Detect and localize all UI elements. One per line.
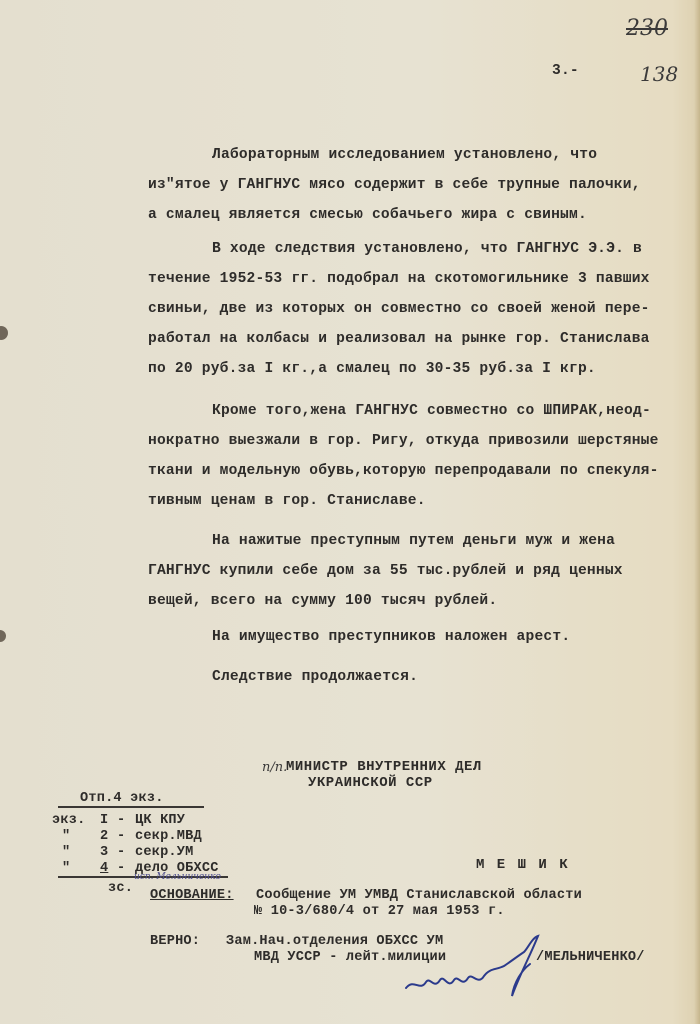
minister-name: М Е Ш И К: [476, 856, 570, 874]
paragraph-4-line: На нажитые преступным путем деньги муж и…: [212, 532, 615, 550]
archive-number-top: 230: [626, 16, 668, 41]
punch-hole: [0, 326, 8, 340]
paragraph-4-line: вещей, всего на сумму 100 тысяч рублей.: [148, 592, 497, 610]
paragraph-2-line: работал на колбасы и реализовал на рынке…: [148, 330, 650, 348]
typist-mark: зс.: [108, 880, 133, 898]
paragraph-2-line: по 20 руб.за I кг.,а смалец по 30-35 руб…: [148, 360, 596, 378]
page-number: 3.-: [552, 62, 579, 80]
paragraph-3-line: нократно выезжали в гор. Ригу, откуда пр…: [148, 432, 659, 450]
paragraph-1-line: а смалец является смесью собачьего жира …: [148, 206, 587, 224]
paragraph-1-line: Лабораторным исследованием установлено, …: [212, 146, 597, 164]
document-page: 230 138 3.- Лабораторным исследованием у…: [0, 0, 700, 1024]
handwritten-signature: [400, 930, 550, 1000]
certified-label: ВЕРНО:: [150, 933, 200, 951]
archive-number-second: 138: [640, 62, 678, 86]
paper-edge: [694, 0, 700, 1024]
paragraph-2-line: течение 1952-53 гг. подобрал на скотомог…: [148, 270, 650, 288]
basis-label: ОСНОВАНИЕ:: [150, 887, 234, 905]
paragraph-2-line: свиньи, две из которых он совместно со с…: [148, 300, 650, 318]
certified-name: /МЕЛЬНИЧЕНКО/: [536, 949, 645, 967]
paragraph-4-line: ГАНГНУС купили себе дом за 55 тыс.рублей…: [148, 562, 623, 580]
paragraph-5: На имущество преступников наложен арест.: [212, 628, 570, 646]
paragraph-3-line: ткани и модельную обувь,которую перепрод…: [148, 462, 659, 480]
paragraph-6: Следствие продолжается.: [212, 668, 418, 686]
minister-title-line2: УКРАИНСКОЙ ССР: [308, 774, 433, 792]
paragraph-3-line: Кроме того,жена ГАНГНУС совместно со ШПИ…: [212, 402, 651, 420]
handwritten-note: исп. Мельниченко: [134, 872, 221, 882]
paragraph-1-line: из"ятое у ГАНГНУС мясо содержит в себе т…: [148, 176, 641, 194]
signature-prefix: п/п.: [262, 760, 287, 775]
punch-hole: [0, 630, 6, 642]
paragraph-2-line: В ходе следствия установлено, что ГАНГНУ…: [212, 240, 642, 258]
basis-line2: № 10-3/680/4 от 27 мая 1953 г.: [254, 903, 505, 921]
paragraph-3-line: тивным ценам в гор. Станиславе.: [148, 492, 426, 510]
divider: [58, 806, 204, 808]
